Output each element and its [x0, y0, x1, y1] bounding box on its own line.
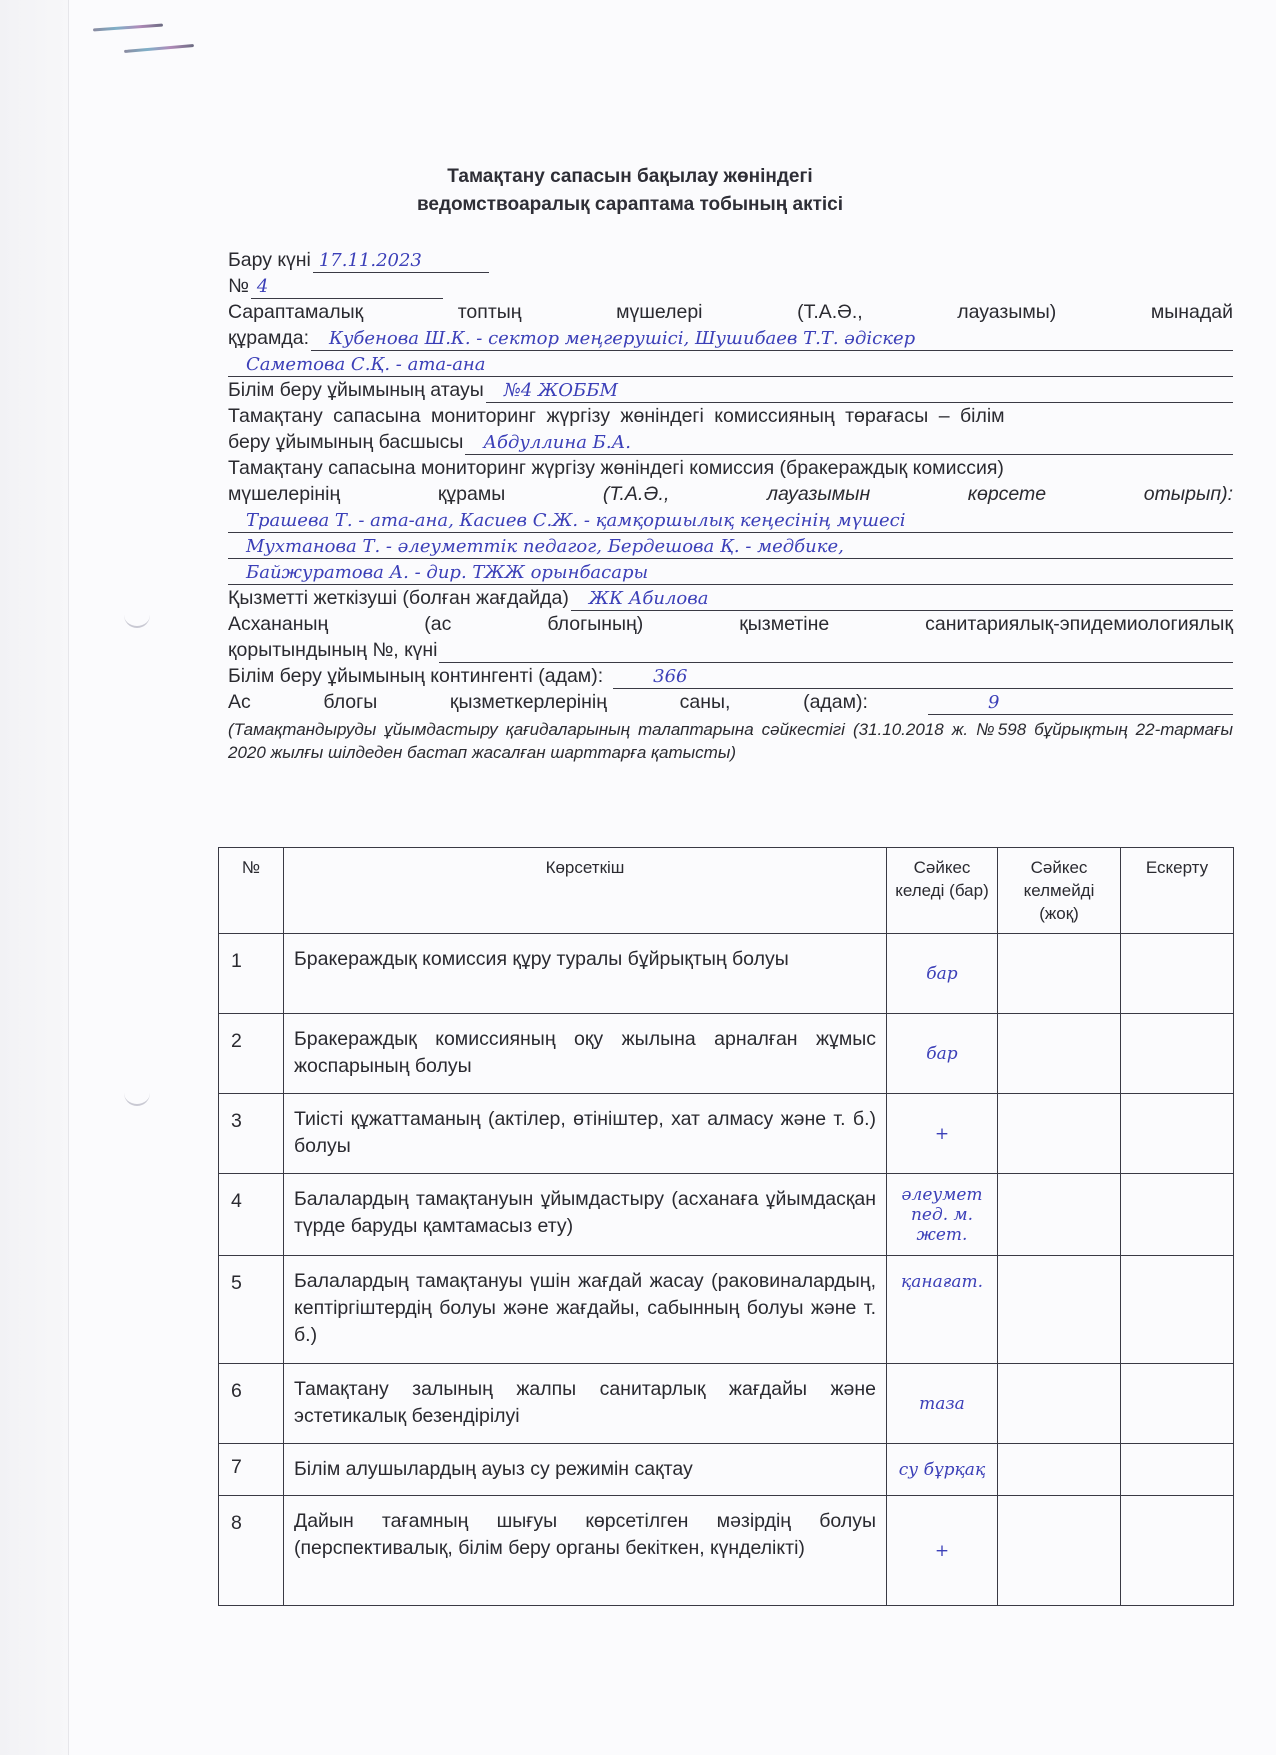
document-title: Тамақтану сапасын бақылау жөніндегі ведо…: [300, 163, 960, 219]
members-label-word: мынадай: [1151, 299, 1233, 325]
members-field-line1[interactable]: Кубенова Ш.К. - сектор меңгерушісі, Шуши…: [311, 328, 1233, 351]
row-noncompliant-cell[interactable]: [998, 1444, 1121, 1496]
commission-label-word: мүшелерінің: [228, 481, 340, 507]
contingent-row: Білім беру ұйымының контингенті (адам): …: [228, 663, 1233, 689]
commission-label-word: құрамы: [438, 481, 505, 507]
supplier-label: Қызметті жеткізуші (болған жағдайда): [228, 585, 569, 611]
sanitary-label-word: Асхананың: [228, 611, 328, 637]
sanitary-label-word: блогының): [547, 611, 643, 637]
row-remark-cell[interactable]: [1121, 1496, 1234, 1606]
org-name-label: Білім беру ұйымының атауы: [228, 377, 484, 403]
members-label-word: Сараптамалық: [228, 299, 363, 325]
number-field[interactable]: 4: [251, 276, 443, 299]
members-label: құрамда:: [228, 325, 309, 351]
row-remark-cell[interactable]: [1121, 1364, 1234, 1444]
supplier-field[interactable]: ЖК Абилова: [571, 588, 1233, 611]
row-num: 6: [219, 1364, 284, 1444]
row-remark-cell[interactable]: [1121, 1174, 1234, 1256]
number-label: №: [228, 273, 249, 299]
scan-mark: [93, 24, 163, 32]
staff-label-word: қызметкерлерінің: [450, 689, 607, 715]
staff-field[interactable]: 9: [928, 692, 1233, 715]
row-remark-cell[interactable]: [1121, 1444, 1234, 1496]
header-num: №: [219, 848, 284, 934]
visit-date-row: Бару күні 17.11.2023: [228, 247, 1233, 273]
row-indicator: Бракераждық комиссияның оқу жылына арнал…: [284, 1014, 887, 1094]
contingent-field[interactable]: 366: [613, 666, 1233, 689]
row-num: 8: [219, 1496, 284, 1606]
row-indicator: Бракераждық комиссия құру туралы бұйрықт…: [284, 934, 887, 1014]
staff-label-word: Ас: [228, 689, 251, 715]
table-row: 7 Білім алушылардың ауыз су режимін сақт…: [219, 1444, 1234, 1496]
commission-field-line3[interactable]: Байжуратова А. - дир. ТЖЖ орынбасары: [228, 562, 1233, 585]
row-num: 4: [219, 1174, 284, 1256]
staff-label-word: (адам):: [803, 689, 868, 715]
row-noncompliant-cell[interactable]: [998, 1094, 1121, 1174]
title-line-1: Тамақтану сапасын бақылау жөніндегі: [300, 163, 960, 191]
visit-date-label: Бару күні: [228, 247, 311, 273]
table-row: 1 Бракераждық комиссия құру туралы бұйры…: [219, 934, 1234, 1014]
commission-row-3: Байжуратова А. - дир. ТЖЖ орынбасары: [228, 559, 1233, 585]
commission-label-word: көрсете: [968, 481, 1046, 507]
scan-mark: [124, 44, 194, 53]
org-name-row: Білім беру ұйымының атауы №4 ЖОББМ: [228, 377, 1233, 403]
members-row-2: Саметова С.Қ. - ата-ана: [228, 351, 1233, 377]
header-indicator: Көрсеткіш: [284, 848, 887, 934]
sanitary-label: қорытындының №, күні: [228, 637, 437, 663]
supplier-row: Қызметті жеткізуші (болған жағдайда) ЖК …: [228, 585, 1233, 611]
commission-label-row: Тамақтану сапасына мониторинг жүргізу жө…: [228, 455, 1233, 481]
chair-label-line1: Тамақтану сапасына мониторинг жүргізу жө…: [228, 403, 1005, 429]
members-label-word: топтың: [458, 299, 522, 325]
staff-row: Ас блогы қызметкерлерінің саны, (адам): …: [228, 689, 1233, 715]
row-noncompliant-cell[interactable]: [998, 1014, 1121, 1094]
table-row: 2 Бракераждық комиссияның оқу жылына арн…: [219, 1014, 1234, 1094]
row-num: 3: [219, 1094, 284, 1174]
chair-label: беру ұйымының басшысы: [228, 429, 463, 455]
row-num: 5: [219, 1256, 284, 1364]
row-num: 7: [219, 1444, 284, 1496]
number-row: № 4: [228, 273, 1233, 299]
punch-hole-mark: [124, 612, 150, 628]
row-remark-cell[interactable]: [1121, 1094, 1234, 1174]
act-form: Бару күні 17.11.2023 № 4 Сараптамалық то…: [228, 247, 1233, 764]
members-label-word: мүшелері: [616, 299, 702, 325]
staff-label-word: блогы: [323, 689, 377, 715]
table-row: 8 Дайын тағамның шығуы көрсетілген мәзір…: [219, 1496, 1234, 1606]
commission-label-word: лауазымын: [767, 481, 870, 507]
org-name-field[interactable]: №4 ЖОББМ: [486, 380, 1233, 403]
commission-field-line1[interactable]: Трашева Т. - ата-ана, Касиев С.Ж. - қамқ…: [228, 510, 1233, 533]
row-noncompliant-cell[interactable]: [998, 1496, 1121, 1606]
regulation-note: (Тамақтандыруды ұйымдастыру қағидаларыны…: [228, 718, 1233, 764]
row-compliant-cell[interactable]: бар: [887, 934, 998, 1014]
chair-field[interactable]: Абдуллина Б.А.: [465, 432, 1233, 455]
row-indicator: Тамақтану залының жалпы санитарлық жағда…: [284, 1364, 887, 1444]
table-row: 3 Тиісті құжаттаманың (актілер, өтініште…: [219, 1094, 1234, 1174]
header-remark: Ескерту: [1121, 848, 1234, 934]
row-indicator: Тиісті құжаттаманың (актілер, өтініштер,…: [284, 1094, 887, 1174]
row-num: 1: [219, 934, 284, 1014]
commission-field-line2[interactable]: Мухтанова Т. - әлеуметтік педагог, Берде…: [228, 536, 1233, 559]
criteria-table: № Көрсеткіш Сәйкес келеді (бар) Сәйкес к…: [218, 847, 1234, 1606]
punch-hole-mark: [124, 1090, 150, 1106]
visit-date-field[interactable]: 17.11.2023: [313, 250, 489, 273]
row-remark-cell[interactable]: [1121, 1256, 1234, 1364]
row-indicator: Балалардың тамақтануын ұйымдастыру (асха…: [284, 1174, 887, 1256]
row-compliant-cell[interactable]: +: [887, 1094, 998, 1174]
row-noncompliant-cell[interactable]: [998, 1364, 1121, 1444]
row-compliant-cell[interactable]: әлеумет пед. м. жет.: [887, 1174, 998, 1256]
row-noncompliant-cell[interactable]: [998, 934, 1121, 1014]
members-label-row: Сараптамалық топтың мүшелері (Т.А.Ә., ла…: [228, 299, 1233, 325]
row-noncompliant-cell[interactable]: [998, 1174, 1121, 1256]
row-compliant-cell[interactable]: қанағат.: [887, 1256, 998, 1364]
row-compliant-cell[interactable]: +: [887, 1496, 998, 1606]
row-indicator: Білім алушылардың ауыз су режимін сақтау: [284, 1444, 887, 1496]
staff-label-word: саны,: [680, 689, 731, 715]
contingent-label: Білім беру ұйымының контингенті (адам):: [228, 663, 603, 689]
sanitary-label-word: қызметіне: [739, 611, 829, 637]
row-num: 2: [219, 1014, 284, 1094]
header-noncompliant: Сәйкес келмейді (жоқ): [998, 848, 1121, 934]
table-header-row: № Көрсеткіш Сәйкес келеді (бар) Сәйкес к…: [219, 848, 1234, 934]
commission-row-1: Трашева Т. - ата-ана, Касиев С.Ж. - қамқ…: [228, 507, 1233, 533]
commission-label-line1: Тамақтану сапасына мониторинг жүргізу жө…: [228, 455, 1004, 481]
commission-row-2: Мухтанова Т. - әлеуметтік педагог, Берде…: [228, 533, 1233, 559]
row-indicator: Балалардың тамақтануы үшін жағдай жасау …: [284, 1256, 887, 1364]
title-line-2: ведомствоаралық сараптама тобының актісі: [300, 191, 960, 219]
scan-page-edge: [0, 0, 69, 1755]
commission-label-word: (Т.А.Ә.,: [603, 481, 670, 507]
row-remark-cell[interactable]: [1121, 1014, 1234, 1094]
members-label-word: (Т.А.Ә.,: [797, 299, 863, 325]
table-row: 4 Балалардың тамақтануын ұйымдастыру (ас…: [219, 1174, 1234, 1256]
row-compliant-cell[interactable]: бар: [887, 1014, 998, 1094]
members-label-word: лауазымы): [957, 299, 1056, 325]
staff-label: Ас блогы қызметкерлерінің саны, (адам):: [228, 689, 868, 715]
row-compliant-cell[interactable]: су бұрқақ: [887, 1444, 998, 1496]
sanitary-label-row: Асхананың (ас блогының) қызметіне санита…: [228, 611, 1233, 637]
sanitary-label-word: (ас: [424, 611, 451, 637]
commission-label-word: отырып):: [1144, 481, 1233, 507]
sanitary-label-word: санитариялық-эпидемиологиялық: [925, 611, 1233, 637]
table-row: 6 Тамақтану залының жалпы санитарлық жағ…: [219, 1364, 1234, 1444]
chair-label-row: Тамақтану сапасына мониторинг жүргізу жө…: [228, 403, 1233, 429]
row-compliant-cell[interactable]: таза: [887, 1364, 998, 1444]
commission-label-row-2: мүшелерінің құрамы (Т.А.Ә., лауазымын кө…: [228, 481, 1233, 507]
chair-row: беру ұйымының басшысы Абдуллина Б.А.: [228, 429, 1233, 455]
header-compliant: Сәйкес келеді (бар): [887, 848, 998, 934]
row-noncompliant-cell[interactable]: [998, 1256, 1121, 1364]
table-row: 5 Балалардың тамақтануы үшін жағдай жаса…: [219, 1256, 1234, 1364]
sanitary-row: қорытындының №, күні: [228, 637, 1233, 663]
row-remark-cell[interactable]: [1121, 934, 1234, 1014]
sanitary-field[interactable]: [439, 640, 1233, 663]
members-row: құрамда: Кубенова Ш.К. - сектор меңгеруш…: [228, 325, 1233, 351]
row-indicator: Дайын тағамның шығуы көрсетілген мәзірді…: [284, 1496, 887, 1606]
members-field-line2[interactable]: Саметова С.Қ. - ата-ана: [228, 354, 1233, 377]
